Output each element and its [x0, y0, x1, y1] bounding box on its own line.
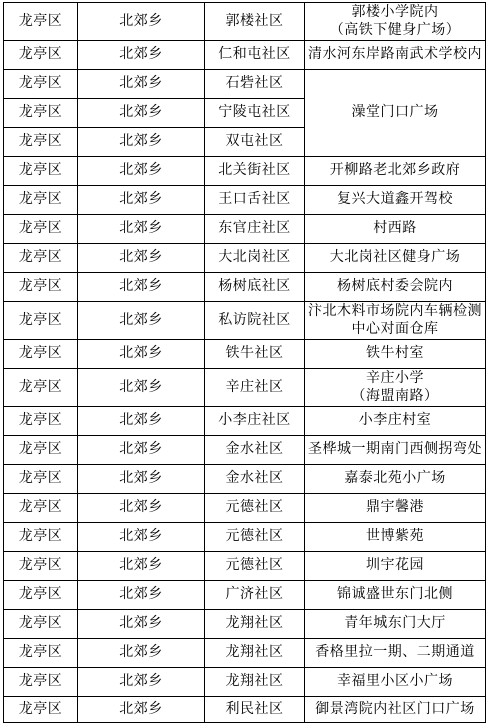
cell-township: 北郊乡: [78, 552, 205, 581]
cell-township: 北郊乡: [78, 3, 205, 41]
table-row: 龙亭区 北郊乡 小李庄社区 小李庄村室: [4, 407, 486, 436]
community-table: 龙亭区 北郊乡 郭楼社区 郭楼小学院内 （高铁下健身广场） 龙亭区 北郊乡 仁和…: [3, 2, 486, 723]
cell-community: 王口舌社区: [205, 186, 305, 215]
cell-district: 龙亭区: [4, 340, 78, 369]
cell-township: 北郊乡: [78, 99, 205, 128]
table-row: 龙亭区 北郊乡 王口舌社区 复兴大道鑫开驾校: [4, 186, 486, 215]
cell-location: 村西路: [305, 215, 486, 244]
table-row: 龙亭区 北郊乡 元德社区 世博紫苑: [4, 523, 486, 552]
cell-district: 龙亭区: [4, 552, 78, 581]
cell-township: 北郊乡: [78, 157, 205, 186]
cell-district: 龙亭区: [4, 244, 78, 273]
cell-community: 辛庄社区: [205, 369, 305, 407]
cell-community: 龙翔社区: [205, 610, 305, 639]
cell-district: 龙亭区: [4, 668, 78, 697]
cell-township: 北郊乡: [78, 302, 205, 340]
cell-township: 北郊乡: [78, 639, 205, 668]
cell-location: 青年城东门大厅: [305, 610, 486, 639]
table-row: 龙亭区 北郊乡 广济社区 锦诚盛世东门北侧: [4, 581, 486, 610]
cell-community: 元德社区: [205, 523, 305, 552]
cell-township: 北郊乡: [78, 523, 205, 552]
cell-community: 仁和屯社区: [205, 41, 305, 70]
cell-district: 龙亭区: [4, 436, 78, 465]
cell-district: 龙亭区: [4, 465, 78, 494]
cell-location: 香格里拉一期、二期通道: [305, 639, 486, 668]
cell-location: 大北岗社区健身广场: [305, 244, 486, 273]
table-row: 龙亭区 北郊乡 利民社区 御景湾院内社区门口广场: [4, 697, 486, 723]
cell-location: 幸福里小区小广场: [305, 668, 486, 697]
table-row: 龙亭区 北郊乡 龙翔社区 香格里拉一期、二期通道: [4, 639, 486, 668]
cell-location: 开柳路老北郊乡政府: [305, 157, 486, 186]
cell-community: 广济社区: [205, 581, 305, 610]
table-row: 龙亭区 北郊乡 龙翔社区 青年城东门大厅: [4, 610, 486, 639]
cell-township: 北郊乡: [78, 465, 205, 494]
cell-community: 龙翔社区: [205, 668, 305, 697]
cell-community: 元德社区: [205, 552, 305, 581]
cell-district: 龙亭区: [4, 41, 78, 70]
cell-district: 龙亭区: [4, 639, 78, 668]
page: 龙亭区 北郊乡 郭楼社区 郭楼小学院内 （高铁下健身广场） 龙亭区 北郊乡 仁和…: [0, 0, 488, 720]
cell-district: 龙亭区: [4, 157, 78, 186]
cell-township: 北郊乡: [78, 41, 205, 70]
cell-community: 宁陵屯社区: [205, 99, 305, 128]
cell-location: 铁牛村室: [305, 340, 486, 369]
cell-community: 郭楼社区: [205, 3, 305, 41]
table-row: 龙亭区 北郊乡 石砦社区 澡堂门口广场: [4, 70, 486, 99]
cell-community: 私访院社区: [205, 302, 305, 340]
cell-district: 龙亭区: [4, 494, 78, 523]
cell-township: 北郊乡: [78, 244, 205, 273]
cell-community: 利民社区: [205, 697, 305, 723]
cell-township: 北郊乡: [78, 668, 205, 697]
table-row: 龙亭区 北郊乡 金水社区 嘉泰北苑小广场: [4, 465, 486, 494]
cell-district: 龙亭区: [4, 186, 78, 215]
cell-location: 世博紫苑: [305, 523, 486, 552]
cell-township: 北郊乡: [78, 697, 205, 723]
cell-township: 北郊乡: [78, 436, 205, 465]
cell-community: 北关街社区: [205, 157, 305, 186]
cell-township: 北郊乡: [78, 610, 205, 639]
table-row: 龙亭区 北郊乡 金水社区 圣桦城一期南门西侧拐弯处: [4, 436, 486, 465]
table-row: 龙亭区 北郊乡 龙翔社区 幸福里小区小广场: [4, 668, 486, 697]
cell-location: 小李庄村室: [305, 407, 486, 436]
cell-township: 北郊乡: [78, 128, 205, 157]
cell-location-merged: 澡堂门口广场: [305, 70, 486, 157]
cell-district: 龙亭区: [4, 697, 78, 723]
cell-township: 北郊乡: [78, 369, 205, 407]
cell-district: 龙亭区: [4, 70, 78, 99]
table-row: 龙亭区 北郊乡 郭楼社区 郭楼小学院内 （高铁下健身广场）: [4, 3, 486, 41]
cell-township: 北郊乡: [78, 70, 205, 99]
cell-district: 龙亭区: [4, 273, 78, 302]
cell-location: 圳宇花园: [305, 552, 486, 581]
cell-location: 锦诚盛世东门北侧: [305, 581, 486, 610]
table-row: 龙亭区 北郊乡 大北岗社区 大北岗社区健身广场: [4, 244, 486, 273]
cell-location: 御景湾院内社区门口广场: [305, 697, 486, 723]
cell-community: 石砦社区: [205, 70, 305, 99]
cell-township: 北郊乡: [78, 186, 205, 215]
table-row: 龙亭区 北郊乡 北关街社区 开柳路老北郊乡政府: [4, 157, 486, 186]
cell-community: 龙翔社区: [205, 639, 305, 668]
table-row: 龙亭区 北郊乡 辛庄社区 辛庄小学 （海盟南路）: [4, 369, 486, 407]
cell-community: 铁牛社区: [205, 340, 305, 369]
cell-location: 杨树底村委会院内: [305, 273, 486, 302]
table-row: 龙亭区 北郊乡 元德社区 圳宇花园: [4, 552, 486, 581]
cell-location: 复兴大道鑫开驾校: [305, 186, 486, 215]
cell-location: 鼎宇馨港: [305, 494, 486, 523]
cell-district: 龙亭区: [4, 302, 78, 340]
cell-community: 杨树底社区: [205, 273, 305, 302]
cell-community: 小李庄社区: [205, 407, 305, 436]
cell-community: 元德社区: [205, 494, 305, 523]
cell-township: 北郊乡: [78, 407, 205, 436]
cell-township: 北郊乡: [78, 215, 205, 244]
cell-community: 金水社区: [205, 465, 305, 494]
cell-township: 北郊乡: [78, 494, 205, 523]
cell-district: 龙亭区: [4, 610, 78, 639]
cell-community: 东官庄社区: [205, 215, 305, 244]
cell-district: 龙亭区: [4, 215, 78, 244]
cell-location: 郭楼小学院内 （高铁下健身广场）: [305, 3, 486, 41]
table-row: 龙亭区 北郊乡 铁牛社区 铁牛村室: [4, 340, 486, 369]
cell-community: 金水社区: [205, 436, 305, 465]
cell-district: 龙亭区: [4, 581, 78, 610]
table-row: 龙亭区 北郊乡 私访院社区 汴北木料市场院内车辆检测中心对面仓库: [4, 302, 486, 340]
cell-district: 龙亭区: [4, 3, 78, 41]
cell-community: 大北岗社区: [205, 244, 305, 273]
cell-community: 双屯社区: [205, 128, 305, 157]
cell-location: 圣桦城一期南门西侧拐弯处: [305, 436, 486, 465]
cell-location: 辛庄小学 （海盟南路）: [305, 369, 486, 407]
cell-district: 龙亭区: [4, 369, 78, 407]
cell-township: 北郊乡: [78, 581, 205, 610]
cell-location: 嘉泰北苑小广场: [305, 465, 486, 494]
table-body: 龙亭区 北郊乡 郭楼社区 郭楼小学院内 （高铁下健身广场） 龙亭区 北郊乡 仁和…: [4, 3, 486, 723]
cell-township: 北郊乡: [78, 340, 205, 369]
cell-district: 龙亭区: [4, 99, 78, 128]
table-row: 龙亭区 北郊乡 仁和屯社区 清水河东岸路南武术学校内: [4, 41, 486, 70]
cell-district: 龙亭区: [4, 128, 78, 157]
cell-township: 北郊乡: [78, 273, 205, 302]
table-row: 龙亭区 北郊乡 元德社区 鼎宇馨港: [4, 494, 486, 523]
table-row: 龙亭区 北郊乡 杨树底社区 杨树底村委会院内: [4, 273, 486, 302]
cell-district: 龙亭区: [4, 407, 78, 436]
cell-district: 龙亭区: [4, 523, 78, 552]
cell-location: 清水河东岸路南武术学校内: [305, 41, 486, 70]
cell-location: 汴北木料市场院内车辆检测中心对面仓库: [305, 302, 486, 340]
table-row: 龙亭区 北郊乡 东官庄社区 村西路: [4, 215, 486, 244]
